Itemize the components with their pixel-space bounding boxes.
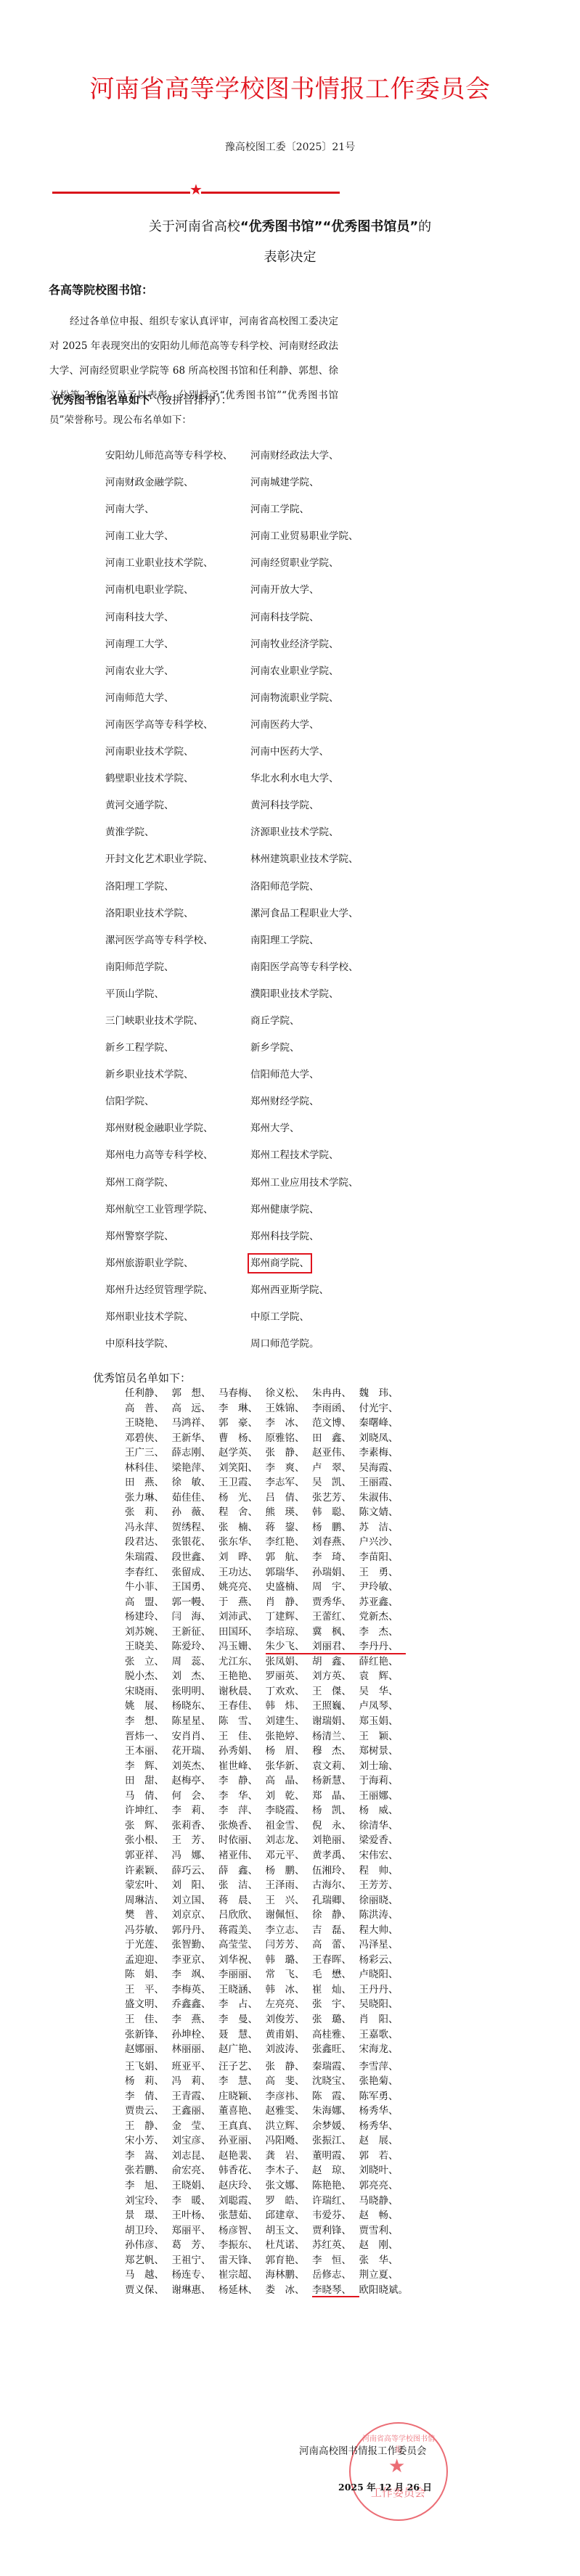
librarian-name: 杨 凯、: [312, 1803, 359, 1818]
librarian-name: 时依丽、: [218, 1833, 266, 1848]
librarian-name: 杨彦智、: [218, 2223, 266, 2239]
librarian-row: 张若鹏、俞宏亮、韩香花、李木子、赵 琼、刘晓叶、: [125, 2163, 415, 2178]
librarian-row: 宋小芳、刘宝彦、孙亚丽、冯阳飏、张振江、赵 展、: [125, 2133, 415, 2149]
librarian-name: 袁文莉、: [312, 1759, 359, 1774]
librarian-name: 田 燕、: [125, 1475, 172, 1490]
librarian-name: 蒋 晨、: [218, 1893, 266, 1908]
librarian-name: 陈军勇、: [359, 2089, 407, 2104]
library-name: 河南工学院、: [250, 504, 309, 515]
librarian-name: 王照巍、: [312, 1699, 359, 1714]
librarian-name: 郑树景、: [359, 1744, 407, 1759]
librarian-name: 谢佩恒、: [266, 1908, 313, 1923]
librarian-name: 刘宝玲、: [125, 2194, 172, 2209]
librarian-name: 杨清兰、: [312, 1729, 359, 1744]
librarian-name: 杨连专、: [172, 2268, 219, 2283]
librarian-name: 孙亚丽、: [218, 2133, 266, 2149]
library-row: 郑州职业技术学院、中原工学院、: [105, 1310, 396, 1337]
library-cell: 郑州电力高等专科学校、: [105, 1148, 250, 1175]
librarian-row: 晋炜一、安肖肖、王 佳、张艳婷、杨清兰、王 颖、: [125, 1729, 415, 1744]
library-name: 河南城建学院、: [250, 477, 319, 488]
librarian-name: 闫芳芳、: [266, 1937, 313, 1953]
librarian-row: 赵娜丽、林丽丽、赵广艳、刘波涛、张鑫旺、宋海龙、: [125, 2042, 415, 2057]
librarian-name: 李立志、: [266, 1923, 313, 1938]
librarian-name: 李 旭、: [125, 2178, 172, 2194]
librarian-name: 胡卫玲、: [125, 2223, 172, 2239]
library-row: 郑州工商学院、郑州工业应用技术学院、: [105, 1176, 396, 1202]
librarian-name: 安肖肖、: [172, 1729, 219, 1744]
library-name: 信阳学院、: [105, 1096, 155, 1107]
librarian-row: 高 普、高 远、李 琳、王姝锦、李雨函、付光宇、: [125, 1401, 415, 1416]
library-row: 河南大学、河南工学院、: [105, 502, 396, 529]
library-cell: 河南中医药大学、: [250, 745, 396, 771]
library-row: 洛阳理工学院、洛阳师范学院、: [105, 879, 396, 906]
library-name: 平顶山学院、: [105, 988, 164, 1000]
library-cell: 黄淮学院、: [105, 825, 250, 852]
librarian-name: 高 远、: [172, 1401, 219, 1416]
librarian-name: 沈晓宝、: [312, 2074, 359, 2089]
library-cell: 南阳理工学院、: [250, 933, 396, 960]
librarian-name: 王晓美、: [125, 1639, 172, 1654]
librarian-name: 张华新、: [266, 1759, 313, 1774]
librarian-row: 张 辉、张莉香、张焕香、祖金雪、倪 永、徐清华、: [125, 1818, 415, 1834]
librarian-name: 张小根、: [125, 1833, 172, 1848]
librarian-name: 刘 晔、: [218, 1550, 266, 1565]
librarian-name: 李丽丽、: [218, 1967, 266, 1982]
library-row: 郑州财税金融职业学院、郑州大学、: [105, 1121, 396, 1148]
library-name: 新乡学院、: [250, 1042, 300, 1054]
library-cell: 漯河食品工程职业大学、: [250, 906, 396, 933]
library-row: 郑州旅游职业学院、郑州商学院、: [105, 1256, 396, 1283]
library-cell: 鹤壁职业技术学院、: [105, 771, 250, 798]
library-row: 郑州航空工业管理学院、郑州健康学院、: [105, 1202, 396, 1229]
librarian-name: 刘方英、: [312, 1669, 359, 1684]
librarian-name: 赵 刚、: [359, 2238, 407, 2253]
librarian-name: 谢秋晨、: [218, 1684, 266, 1699]
library-cell: 黄河交通学院、: [105, 798, 250, 825]
librarian-name: 徐丽晓、: [359, 1893, 407, 1908]
librarian-row: 贾义保、谢琳惠、杨延林、娄 冰、李晓琴、欧阳晓斌。: [125, 2283, 415, 2298]
libraries-heading-text: 优秀图书馆名单如下: [52, 393, 150, 406]
library-name: 河南中医药大学、: [250, 746, 329, 758]
librarian-name: 杨新慧、: [312, 1773, 359, 1789]
library-cell: 河南医药大学、: [250, 718, 396, 745]
star-icon: ★: [388, 2456, 405, 2477]
library-cell: 郑州警察学院、: [105, 1229, 250, 1256]
librarian-name: 吴 华、: [359, 1684, 407, 1699]
library-name: 郑州财经学院、: [250, 1096, 319, 1107]
librarian-name: 张 华、: [359, 2253, 407, 2268]
library-name: 华北水利水电大学、: [250, 773, 339, 784]
librarian-name: 张若鹏、: [125, 2163, 172, 2178]
library-row: 安阳幼儿师范高等专科学校、河南财经政法大学、: [105, 448, 396, 475]
librarian-name: 刘春燕、: [312, 1535, 359, 1550]
librarian-name: 刘晓叶、: [359, 2163, 407, 2178]
librarian-name: 张 辉、: [125, 1818, 172, 1834]
librarian-name: 周琳洁、: [125, 1893, 172, 1908]
librarian-row: 马 倩、何 会、李 华、刘 乾、郑 晶、王丽娜、: [125, 1789, 415, 1804]
librarian-name: 王 佳、: [218, 1729, 266, 1744]
librarian-name: 刘聪霞、: [218, 2194, 266, 2209]
librarian-name: 李 曼、: [218, 2012, 266, 2027]
librarian-row: 王晓美、陈爱玲、冯玉姗、朱少飞、刘丽君、李丹丹、: [125, 1639, 415, 1654]
librarian-name: 范文博、: [312, 1416, 359, 1431]
librarian-name: 丁建辉、: [266, 1609, 313, 1625]
librarian-name: 原雅铭、: [266, 1431, 313, 1446]
library-cell: 河南师范大学、: [105, 691, 250, 718]
librarian-name: 赵亚伟、: [312, 1445, 359, 1461]
librarian-name: 冯阳飏、: [266, 2133, 313, 2149]
librarian-row: 马 越、杨连专、崔宗超、海林鹏、岳修志、荆立夏、: [125, 2268, 415, 2283]
librarian-name: 蒋 鋆、: [266, 1520, 313, 1535]
librarian-name: 郭亚祥、: [125, 1848, 172, 1863]
librarian-name: 于光莲、: [125, 1937, 172, 1953]
librarian-name: 程 舍、: [218, 1505, 266, 1520]
library-name: 河南工业贸易职业学院、: [250, 530, 359, 542]
librarian-name: 盛文明、: [125, 1997, 172, 2012]
librarian-name: 赵 畅、: [359, 2208, 407, 2223]
librarian-name: 李 琦、: [312, 1550, 359, 1565]
librarian-name: 于海莉、: [359, 1773, 407, 1789]
librarian-row: 冯永萍、贺绣程、张 楠、蒋 鋆、杨 鹏、苏 洁、: [125, 1520, 415, 1535]
librarian-name: 李 萍、: [218, 1803, 266, 1818]
librarian-name: 高 盟、: [125, 1595, 172, 1610]
library-name: 河南财政金融学院、: [105, 477, 194, 488]
librarian-name: 韩 炜、: [266, 1699, 313, 1714]
librarian-name: 徐 静、: [312, 1908, 359, 1923]
library-name: 郑州西亚斯学院、: [250, 1284, 329, 1296]
library-cell: 河南财政金融学院、: [105, 475, 250, 502]
librarian-name: 花开瑞、: [172, 1744, 219, 1759]
librarian-name: 杨晓东、: [172, 1699, 219, 1714]
librarian-name: 杨彩云、: [359, 1953, 407, 1968]
librarian-name: 赵广艳、: [218, 2042, 266, 2057]
librarian-name: 俞宏亮、: [172, 2163, 219, 2178]
librarian-name: 许瑞红、: [312, 2194, 359, 2209]
librarian-name: 杨延林、: [218, 2283, 266, 2298]
librarian-name: 许素颖、: [125, 1863, 172, 1879]
library-cell: 郑州西亚斯学院、: [250, 1283, 396, 1310]
library-name: 南阳医学高等专科学校、: [250, 961, 359, 973]
librarian-name: 王丽霞、: [359, 1475, 407, 1490]
document-number: 豫高校图工委〔2025〕21号: [0, 139, 580, 154]
librarian-name: 王 芳、: [172, 1833, 219, 1848]
library-cell: 中原科技学院、: [105, 1337, 250, 1363]
library-cell: 河南农业职业学院、: [250, 664, 396, 691]
librarian-name: 冯 莉、: [172, 2074, 219, 2089]
librarian-name: 刘京京、: [172, 1908, 219, 1923]
librarian-name: 李梅英、: [172, 1982, 219, 1998]
librarian-name: 徐义松、: [266, 1386, 313, 1401]
librarian-name: 杨 威、: [359, 1803, 407, 1818]
librarian-name: 郭 航、: [266, 1550, 313, 1565]
library-name: 洛阳师范学院、: [250, 881, 319, 893]
librarian-row: 王 平、李梅英、王晓涵、韩 冰、崔 灿、王丹丹、: [125, 1982, 415, 1998]
librarian-name: 王 静、: [125, 2119, 172, 2134]
librarian-name: 庄晓颖、: [218, 2089, 266, 2104]
librarian-name: 陈洪涛、: [359, 1908, 407, 1923]
librarian-name: 伍湘玲、: [312, 1863, 359, 1879]
library-row: 鹤壁职业技术学院、华北水利水电大学、: [105, 771, 396, 798]
librarian-row: 于光莲、张智勤、高莹莹、闫芳芳、高 蕾、冯泽星、: [125, 1937, 415, 1953]
librarian-name: 李 暖、: [172, 2194, 219, 2209]
librarian-name: 蒙宏叶、: [125, 1878, 172, 1893]
librarian-name: 高 晶、: [266, 1773, 313, 1789]
librarian-name: 朱海娜、: [312, 2104, 359, 2119]
library-name: 开封文化艺术职业学院、: [105, 853, 213, 865]
librarian-name: 李雨函、: [312, 1401, 359, 1416]
librarian-row: 田 燕、徐 敏、王卫霞、李志军、吴 凯、王丽霞、: [125, 1475, 415, 1490]
librarian-name: 赵庆玲、: [218, 2178, 266, 2194]
library-name: 河南医药大学、: [250, 719, 319, 731]
librarian-name: 秦曙峰、: [359, 1416, 407, 1431]
library-cell: 郑州科技学院、: [250, 1229, 396, 1256]
document-subject: 关于河南省高校“优秀图书馆”“优秀图书馆员”的: [0, 216, 580, 235]
librarian-name: 林丽丽、: [172, 2042, 219, 2057]
librarian-name: 刘苏婉、: [125, 1625, 172, 1640]
library-cell: 郑州财税金融职业学院、: [105, 1121, 250, 1148]
library-row: 郑州电力高等专科学校、郑州工程技术学院、: [105, 1148, 396, 1175]
library-name: 河南经贸职业学院、: [250, 557, 339, 569]
librarian-name: 孙瑞娟、: [312, 1565, 359, 1580]
library-cell: 南阳医学高等专科学校、: [250, 960, 396, 987]
librarian-name: 闫 海、: [172, 1609, 219, 1625]
librarian-name: 李志军、: [266, 1475, 313, 1490]
librarian-name: 刘士瑜、: [359, 1759, 407, 1774]
divider-line-left: [52, 192, 190, 194]
librarian-name: 黄甫娟、: [266, 2027, 313, 2043]
librarian-name: 罗丽英、: [266, 1669, 313, 1684]
librarian-row: 李春红、张留成、王功达、郭瑞华、孙瑞娟、王 勇、: [125, 1565, 415, 1580]
librarian-name: 秦瑞霞、: [312, 2059, 359, 2075]
library-name: 黄河交通学院、: [105, 800, 174, 811]
library-cell: 平顶山学院、: [105, 987, 250, 1014]
librarian-name: 吴海霞、: [359, 1461, 407, 1476]
library-cell: 郑州大学、: [250, 1121, 396, 1148]
librarian-name: 马晓静、: [359, 2194, 407, 2209]
librarian-name: 高 斐、: [266, 2074, 313, 2089]
librarian-name: 王鑫丽、: [172, 2104, 219, 2119]
librarian-name: 杨建玲、: [125, 1609, 172, 1625]
divider-line-right: [201, 192, 340, 194]
library-name: 黄淮学院、: [105, 826, 155, 838]
librarian-name: 尹玲敏、: [359, 1580, 407, 1595]
library-name: 南阳师范学院、: [105, 961, 174, 973]
library-name: 鹤壁职业技术学院、: [105, 773, 194, 784]
librarian-name: 刘 乾、: [266, 1789, 313, 1804]
librarian-name: 苏亚鑫、: [359, 1595, 407, 1610]
librarian-name: 郑丽平、: [172, 2223, 219, 2239]
library-name: 河南医学高等专科学校、: [105, 719, 213, 731]
librarian-name: 王广三、: [125, 1445, 172, 1461]
library-cell: 周口师范学院。: [250, 1337, 396, 1363]
librarian-name: 宋海龙、: [359, 2042, 407, 2057]
library-cell: 河南工业贸易职业学院、: [250, 529, 396, 556]
librarian-name: 任利静、: [125, 1386, 172, 1401]
librarian-name: 韩香花、: [218, 2163, 266, 2178]
librarian-name: 吴晓阳、: [359, 1997, 407, 2012]
librarian-name: 周 蕊、: [172, 1654, 219, 1670]
librarian-name: 杨 鹏、: [312, 1520, 359, 1535]
librarian-name: 王新征、: [172, 1625, 219, 1640]
librarian-name: 王飞娟、: [125, 2059, 172, 2075]
library-name: 安阳幼儿师范高等专科学校、: [105, 450, 233, 462]
librarian-name: 王泽雨、: [266, 1878, 313, 1893]
librarian-name: 赵梅亭、: [172, 1773, 219, 1789]
librarian-name: 党新杰、: [359, 1609, 407, 1625]
librarian-name: 谢瑞娟、: [312, 1714, 359, 1729]
librarian-name: 刘志昆、: [172, 2149, 219, 2164]
subject-suffix: 的: [418, 219, 431, 234]
librarian-name: 张明明、: [172, 1684, 219, 1699]
library-name: 黄河科技学院、: [250, 800, 319, 811]
library-row: 新乡工程学院、新乡学院、: [105, 1041, 396, 1067]
librarian-name: 李素梅、: [359, 1445, 407, 1461]
library-cell: 郑州航空工业管理学院、: [105, 1202, 250, 1229]
librarian-name: 张振江、: [312, 2133, 359, 2149]
librarian-name: 刘笑阳、: [218, 1461, 266, 1476]
librarian-name: 罗 皓、: [266, 2194, 313, 2209]
librarian-name: 雷天锋、: [218, 2253, 266, 2268]
library-row: 河南财政金融学院、河南城建学院、: [105, 475, 396, 502]
library-cell: 洛阳理工学院、: [105, 879, 250, 906]
librarian-name: 王 佳、: [125, 2012, 172, 2027]
librarian-name: 欧阳晓斌。: [359, 2283, 407, 2298]
librarian-name: 张艳菊、: [359, 2074, 407, 2089]
librarian-name: 陈艳艳、: [312, 2178, 359, 2194]
library-name: 郑州警察学院、: [105, 1231, 174, 1242]
librarian-name: 刘艳丽、: [312, 1833, 359, 1848]
librarian-row: 姚 展、杨晓东、王春佳、韩 炜、王照巍、卢凤琴、: [125, 1699, 415, 1714]
librarian-name: 吴 凯、: [312, 1475, 359, 1490]
librarian-name: 李 杰、: [359, 1625, 407, 1640]
library-cell: 河南开放大学、: [250, 583, 396, 610]
librarian-name: 王 傑、: [312, 1684, 359, 1699]
librarian-name: 丁欢欢、: [266, 1684, 313, 1699]
librarian-name: 崔 灿、: [312, 1982, 359, 1998]
librarian-name: 梁艳萍、: [172, 1461, 219, 1476]
librarian-name: 吕欣欣、: [218, 1908, 266, 1923]
library-row: 平顶山学院、濮阳职业技术学院、: [105, 987, 396, 1014]
librarian-row: 蒙宏叶、刘 阳、张 洁、王泽雨、古海尔、王芳芳、: [125, 1878, 415, 1893]
library-cell: 郑州工程技术学院、: [250, 1148, 396, 1175]
librarian-name: 陈 霞、: [312, 2089, 359, 2104]
librarian-name: 李 占、: [218, 1997, 266, 2012]
librarian-name: 朱冉冉、: [312, 1386, 359, 1401]
library-row: 郑州升达经贸管理学院、郑州西亚斯学院、: [105, 1283, 396, 1310]
librarian-row: 脱小杰、刘 杰、王艳艳、罗丽英、刘方英、袁 辉、: [125, 1669, 415, 1684]
librarian-name: 赵 琼、: [312, 2163, 359, 2178]
library-name: 洛阳理工学院、: [105, 881, 174, 893]
librarian-name: 李 慧、: [218, 2074, 266, 2089]
librarian-name: 卢 翠、: [312, 1461, 359, 1476]
librarian-name: 张力琳、: [125, 1490, 172, 1506]
library-cell: 三门峡职业技术学院、: [105, 1014, 250, 1041]
librarian-name: 邱建章、: [266, 2208, 313, 2223]
library-name: 林州建筑职业技术学院、: [250, 853, 359, 865]
librarian-name: 张焕香、: [218, 1818, 266, 1834]
librarian-name: 聂 慧、: [218, 2027, 266, 2043]
library-cell: 河南职业技术学院、: [105, 745, 250, 771]
librarian-name: 苏 洁、: [359, 1520, 407, 1535]
librarian-row: 刘苏婉、王新征、田国环、李培琼、冀 枫、李 杰、: [125, 1625, 415, 1640]
librarian-name: 杨 光、: [218, 1490, 266, 1506]
librarian-row: 孙伟彦、葛 芳、李振东、杜芃诺、苏红英、赵 刚、: [125, 2238, 415, 2253]
librarian-row: 贾贵云、王鑫丽、董喜艳、赵雅雯、朱海娜、杨秀华、: [125, 2104, 415, 2119]
library-row: 河南农业大学、河南农业职业学院、: [105, 664, 396, 691]
librarian-name: 李苗阳、: [359, 1550, 407, 1565]
library-name: 济源职业技术学院、: [250, 826, 339, 838]
librarian-row: 张 立、周 蕊、尤江东、张凤娟、胡 鑫、薛红艳、: [125, 1654, 415, 1670]
librarian-name: 张莉香、: [172, 1818, 219, 1834]
library-name: 郑州工程技术学院、: [250, 1149, 339, 1161]
librarian-name: 史盛楠、: [266, 1580, 313, 1595]
library-name: 河南科技大学、: [105, 612, 174, 623]
librarian-name: 刘立国、: [172, 1893, 219, 1908]
librarian-name: 李 想、: [125, 1714, 172, 1729]
librarian-name: 郑艺帆、: [125, 2253, 172, 2268]
librarian-name: 郭一幔、: [172, 1595, 219, 1610]
library-row: 信阳学院、郑州财经学院、: [105, 1094, 396, 1121]
librarian-name: 张留成、: [172, 1565, 219, 1580]
librarian-row: 杨建玲、闫 海、刘沛武、丁建辉、王蕾红、党新杰、: [125, 1609, 415, 1625]
librarian-name: 李 静、: [218, 1773, 266, 1789]
librarian-name: 常 飞、: [266, 1967, 313, 1982]
library-row: 三门峡职业技术学院、商丘学院、: [105, 1014, 396, 1041]
library-cell: 河南科技大学、: [105, 610, 250, 637]
librarian-name: 张文娜、: [266, 2178, 313, 2194]
librarian-name: 脱小杰、: [125, 1669, 172, 1684]
librarian-row: 张力琳、茹佳佳、杨 光、吕 倩、张艺芳、朱淑伟、: [125, 1490, 415, 1506]
librarian-name: 王春晖、: [312, 1953, 359, 1968]
librarian-row: 李 旭、王晓娟、赵庆玲、张文娜、陈艳艳、郭亮亮、: [125, 2178, 415, 2194]
librarian-name: 李 莉、: [172, 1803, 219, 1818]
library-cell: 河南工业职业技术学院、: [105, 556, 250, 583]
library-row: 洛阳职业技术学院、漯河食品工程职业大学、: [105, 906, 396, 933]
librarian-name: 宋晓雨、: [125, 1684, 172, 1699]
library-cell: 信阳师范大学、: [250, 1067, 396, 1094]
librarian-name: 倪 永、: [312, 1818, 359, 1834]
librarian-name: 贾雪利、: [359, 2223, 407, 2239]
librarian-name: 董喜艳、: [218, 2104, 266, 2119]
librarian-row: 王飞娟、班亚平、汪子艺、张 静、秦瑞霞、李雪萍、: [125, 2059, 415, 2075]
librarian-name: 邓碧侠、: [125, 1431, 172, 1446]
librarian-row: 林科佳、梁艳萍、刘笑阳、李 爽、卢 翠、吴海霞、: [125, 1461, 415, 1476]
librarian-name: 王春佳、: [218, 1699, 266, 1714]
library-name: 河南财经政法大学、: [250, 450, 339, 462]
library-name: 河南职业技术学院、: [105, 746, 194, 758]
librarian-name: 王晓娟、: [172, 2178, 219, 2194]
library-cell: 濮阳职业技术学院、: [250, 987, 396, 1014]
librarian-name: 张 宇、: [312, 1997, 359, 2012]
library-name: 濮阳职业技术学院、: [250, 988, 339, 1000]
star-icon: ★: [189, 182, 203, 197]
librarian-row: 刘宝玲、李 暖、刘聪霞、罗 皓、许瑞红、马晓静、: [125, 2194, 415, 2209]
librarian-name: 王国勇、: [172, 1580, 219, 1595]
librarian-row: 高 盟、郭一幔、于 燕、肖 静、贾秀华、苏亚鑫、: [125, 1595, 415, 1610]
librarian-name: 张 楠、: [218, 1520, 266, 1535]
librarian-name: 高 蕾、: [312, 1937, 359, 1953]
librarian-name: 张 莉、: [125, 1505, 172, 1520]
library-cell: 中原工学院、: [250, 1310, 396, 1337]
librarian-name: 薛 鑫、: [218, 1863, 266, 1879]
library-name: 河南工业职业技术学院、: [105, 557, 213, 569]
librarian-name: 姚 展、: [125, 1699, 172, 1714]
library-cell: 济源职业技术学院、: [250, 825, 396, 852]
library-name: 郑州工业应用技术学院、: [250, 1177, 359, 1189]
library-cell: 河南城建学院、: [250, 475, 396, 502]
librarian-name: 王艳艳、: [218, 1669, 266, 1684]
librarian-row: 王 静、金 莹、王真真、洪立辉、余梦媛、杨秀华、: [125, 2119, 415, 2134]
